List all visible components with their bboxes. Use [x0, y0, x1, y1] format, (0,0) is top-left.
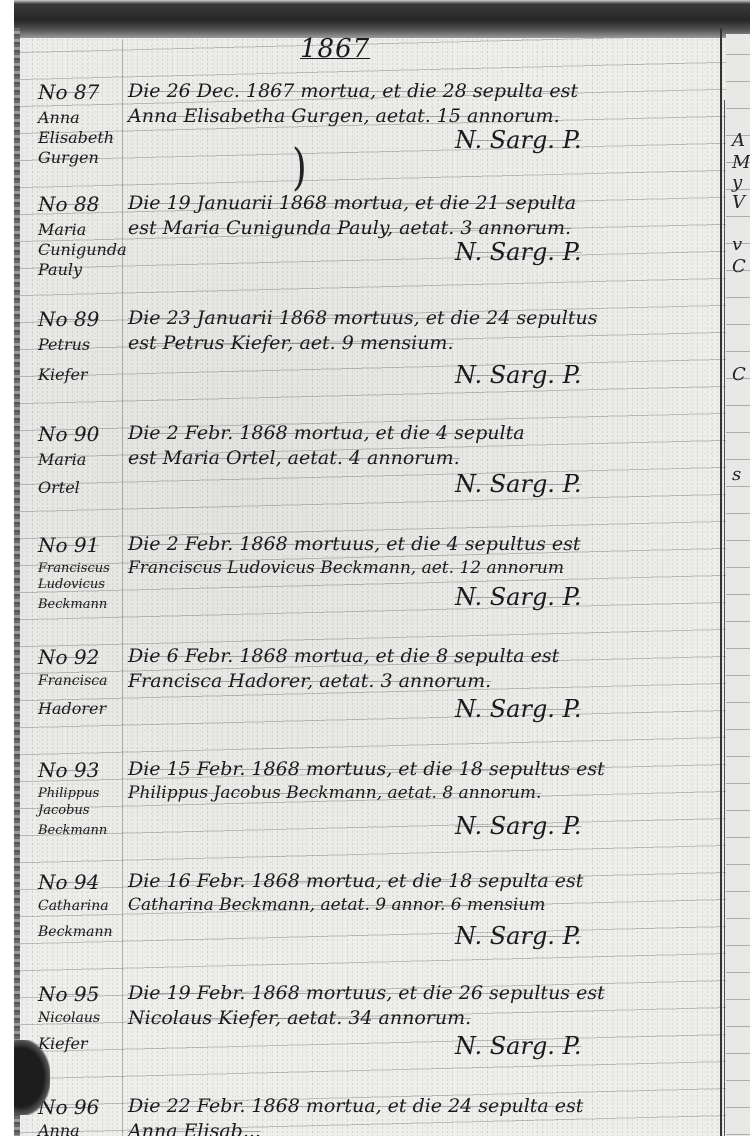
entry-text-line: Die 19 Febr. 1868 mortuus, et die 26 sep… [128, 982, 605, 1004]
ink-bracket-mark: ) [292, 138, 307, 195]
entry-text-line: Catharina Beckmann, aetat. 9 annor. 6 me… [128, 895, 545, 915]
scan-shadow-top [14, 0, 750, 38]
entry-name-margin: Catharina [38, 898, 109, 914]
priest-signature: N. Sarg. P. [455, 812, 581, 840]
entry-name-margin: Philippus [38, 786, 99, 801]
entry-name-margin: Gurgen [38, 148, 99, 167]
entry-name-margin: Ortel [38, 478, 80, 497]
entry-name-margin: Maria [38, 220, 86, 239]
entry-text-line: Die 19 Januarii 1868 mortua, et die 21 s… [128, 192, 576, 214]
entry-number: No 87 [38, 80, 99, 104]
entry-text-line: Die 15 Febr. 1868 mortuus, et die 18 sep… [128, 758, 605, 780]
entry-name-margin: Maria [38, 450, 86, 469]
entry-name-margin: Kiefer [38, 365, 88, 384]
entry-text-line: Franciscus Ludovicus Beckmann, aet. 12 a… [128, 558, 564, 578]
entry-name-margin: Nicolaus [38, 1010, 100, 1026]
priest-signature: N. Sarg. P. [455, 922, 581, 950]
facing-fragment: M [732, 152, 750, 173]
entry-name-margin: Beckmann [38, 597, 107, 612]
entry-name-margin: Petrus [38, 335, 90, 354]
entry-name-margin: Elisabeth [38, 128, 114, 147]
binding-edge [14, 28, 20, 1143]
entry-text-line: Nicolaus Kiefer, aetat. 34 annorum. [128, 1007, 471, 1029]
priest-signature: N. Sarg. P. [455, 583, 581, 611]
scan-shadow-blot [14, 1040, 50, 1115]
facing-fragment: s [732, 464, 741, 485]
entry-text-line: Die 22 Febr. 1868 mortua, et die 24 sepu… [128, 1095, 583, 1117]
page-divider-rule [720, 28, 722, 1136]
entry-text-line: Francisca Hadorer, aetat. 3 annorum. [128, 670, 491, 692]
entry-number: No 92 [38, 645, 99, 669]
entry-text-line: est Maria Ortel, aetat. 4 annorum. [128, 447, 460, 469]
page-divider-rule-inner [724, 100, 725, 1136]
priest-signature: N. Sarg. P. [455, 470, 581, 498]
entry-text-line: est Maria Cunigunda Pauly, aetat. 3 anno… [128, 217, 571, 239]
entry-number: No 93 [38, 758, 99, 782]
entry-name-margin: Franciscus [38, 561, 110, 576]
entry-name-margin: Pauly [38, 260, 82, 279]
entry-text-line: Die 16 Febr. 1868 mortua, et die 18 sepu… [128, 870, 583, 892]
entry-number: No 88 [38, 192, 99, 216]
facing-fragment: v [732, 234, 742, 255]
entry-number: No 89 [38, 307, 99, 331]
priest-signature: N. Sarg. P. [455, 238, 581, 266]
entry-name-margin: Francisca [38, 673, 107, 689]
year-heading: 1867 [300, 34, 370, 64]
entry-name-margin: Ludovicus [38, 577, 105, 592]
entry-name-margin: Cunigunda [38, 240, 127, 259]
facing-fragment: C [732, 256, 746, 277]
facing-fragment: A [732, 130, 745, 151]
facing-page-edge: A M y V v C C s [726, 34, 750, 1136]
priest-signature: N. Sarg. P. [455, 695, 581, 723]
facing-fragment: C [732, 364, 746, 385]
entry-name-margin: Jacobus [38, 803, 89, 818]
entry-number: No 95 [38, 982, 99, 1006]
entry-name-margin: Hadorer [38, 699, 106, 718]
entry-text-line: Philippus Jacobus Beckmann, aetat. 8 ann… [128, 783, 541, 803]
entry-name-margin: Anna [38, 108, 80, 127]
entry-text-line: Anna Elisabetha Gurgen, aetat. 15 annoru… [128, 105, 560, 127]
margin-rule-line [122, 40, 123, 1136]
priest-signature: N. Sarg. P. [455, 361, 581, 389]
entry-text-line: Die 26 Dec. 1867 mortua, et die 28 sepul… [128, 80, 578, 102]
scan-margin-bottom [0, 1136, 750, 1143]
entry-text-line: Die 6 Febr. 1868 mortua, et die 8 sepult… [128, 645, 559, 667]
entry-name-margin: Beckmann [38, 924, 113, 940]
entry-text-line: est Petrus Kiefer, aet. 9 mensium. [128, 332, 454, 354]
entry-text-line: Die 2 Febr. 1868 mortuus, et die 4 sepul… [128, 533, 581, 555]
priest-signature: N. Sarg. P. [455, 126, 581, 154]
priest-signature: N. Sarg. P. [455, 1032, 581, 1060]
scanned-register-page: A M y V v C C s 1867 ) No 87 Anna Elisab… [0, 0, 750, 1143]
facing-fragment: y [732, 172, 742, 193]
entry-number: No 94 [38, 870, 99, 894]
entry-number: No 90 [38, 422, 99, 446]
entry-text-line: Die 2 Febr. 1868 mortua, et die 4 sepult… [128, 422, 525, 444]
entry-text-line: Die 23 Januarii 1868 mortuus, et die 24 … [128, 307, 597, 329]
facing-fragment: V [732, 192, 745, 213]
scan-margin [0, 0, 14, 1143]
entry-number: No 91 [38, 533, 99, 557]
entry-name-margin: Beckmann [38, 823, 107, 838]
